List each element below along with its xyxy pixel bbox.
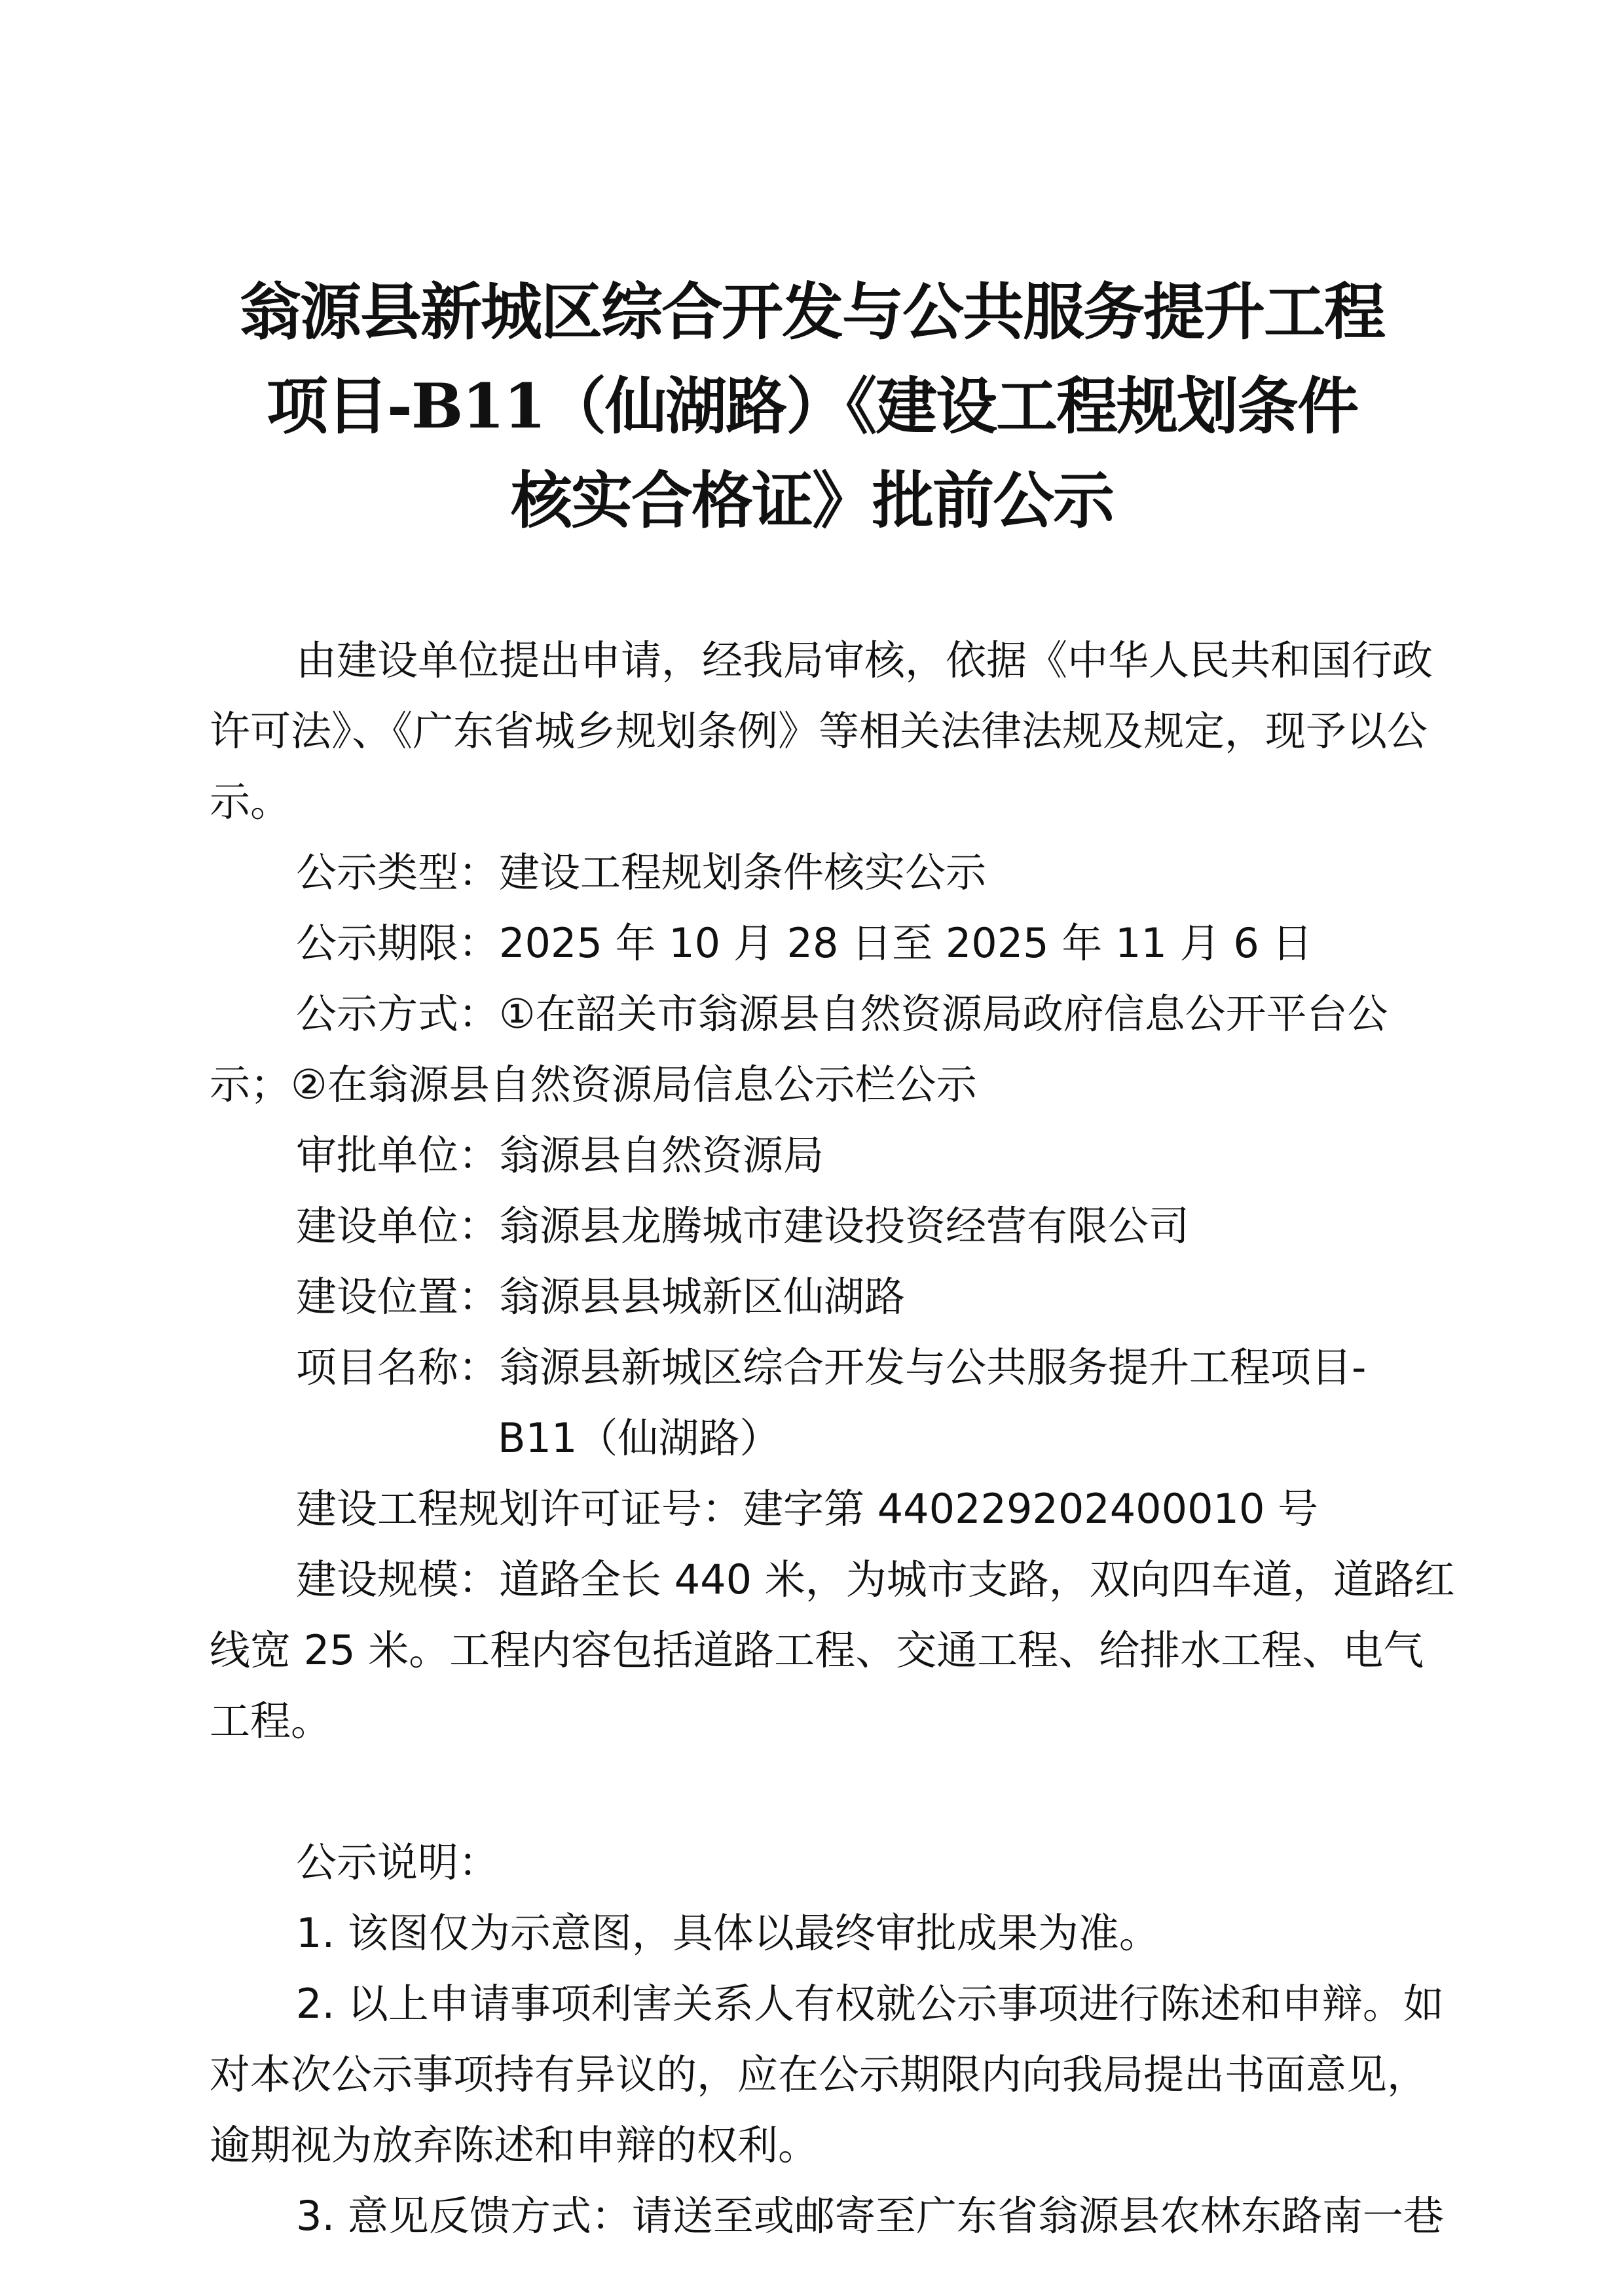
intro-line-3: 示。 (210, 767, 1434, 837)
notes-heading: 公示说明： (210, 1827, 1434, 1898)
field-label: 建设位置： (296, 1273, 499, 1321)
field-value: 建设工程规划条件核实公示 (499, 848, 986, 896)
title-line-1: 翁源县新城区综合开发与公共服务提升工程 (0, 265, 1624, 359)
field-label: 项目名称： (296, 1343, 499, 1391)
field-value: 2025 年 10 月 28 日至 2025 年 11 月 6 日 (499, 919, 1312, 967)
field-location: 建设位置：翁源县县城新区仙湖路 (210, 1262, 1434, 1332)
note-item-2-cont-1: 对本次公示事项持有异议的，应在公示期限内向我局提出书面意见， (210, 2039, 1434, 2110)
spacer (210, 1757, 1434, 1827)
field-label: 建设工程规划许可证号： (296, 1485, 743, 1533)
field-builder: 建设单位：翁源县龙腾城市建设投资经营有限公司 (210, 1191, 1434, 1262)
title-line-2: 项目-B11（仙湖路）《建设工程规划条件 (0, 359, 1624, 454)
field-label: 公示期限： (296, 919, 499, 967)
field-notice-period: 公示期限：2025 年 10 月 28 日至 2025 年 11 月 6 日 (210, 908, 1434, 979)
note-item-2: 2. 以上申请事项利害关系人有权就公示事项进行陈述和申辩。如 (210, 1969, 1434, 2039)
field-value: 翁源县龙腾城市建设投资经营有限公司 (499, 1202, 1189, 1250)
field-value: 建字第 440229202400010 号 (743, 1485, 1318, 1533)
field-label: 建设单位： (296, 1202, 499, 1250)
field-value: 道路全长 440 米，为城市支路，双向四车道，道路红 (499, 1556, 1455, 1603)
field-approver: 审批单位：翁源县自然资源局 (210, 1120, 1434, 1191)
title-line-3: 核实合格证》批前公示 (0, 454, 1624, 548)
field-notice-type: 公示类型：建设工程规划条件核实公示 (210, 837, 1434, 908)
field-value: 翁源县新城区综合开发与公共服务提升工程项目- (499, 1343, 1366, 1391)
field-scale-cont-2: 工程。 (210, 1686, 1434, 1757)
field-label: 公示方式： (296, 990, 499, 1038)
field-permit-number: 建设工程规划许可证号：建字第 440229202400010 号 (210, 1474, 1434, 1544)
field-label: 建设规模： (296, 1556, 499, 1603)
field-scale-cont-1: 线宽 25 米。工程内容包括道路工程、交通工程、给排水工程、电气 (210, 1615, 1434, 1686)
note-item-2-cont-2: 逾期视为放弃陈述和申辩的权利。 (210, 2110, 1434, 2181)
field-scale: 建设规模：道路全长 440 米，为城市支路，双向四车道，道路红 (210, 1544, 1434, 1615)
document-body: 由建设单位提出申请，经我局审核，依据《中华人民共和国行政 许可法》、《广东省城乡… (210, 625, 1434, 2251)
field-notice-method: 公示方式：①在韶关市翁源县自然资源局政府信息公开平台公 (210, 979, 1434, 1049)
note-item-3: 3. 意见反馈方式：请送至或邮寄至广东省翁源县农林东路南一巷 (210, 2181, 1434, 2251)
document-page: 翁源县新城区综合开发与公共服务提升工程 项目-B11（仙湖路）《建设工程规划条件… (0, 0, 1624, 2296)
intro-line-1: 由建设单位提出申请，经我局审核，依据《中华人民共和国行政 (210, 625, 1434, 696)
field-label: 公示类型： (296, 848, 499, 896)
document-title: 翁源县新城区综合开发与公共服务提升工程 项目-B11（仙湖路）《建设工程规划条件… (0, 265, 1624, 548)
note-item-1: 1. 该图仅为示意图，具体以最终审批成果为准。 (210, 1898, 1434, 1969)
field-value: ①在韶关市翁源县自然资源局政府信息公开平台公 (499, 990, 1388, 1038)
field-value: 翁源县县城新区仙湖路 (499, 1273, 905, 1321)
field-label: 审批单位： (296, 1131, 499, 1179)
field-project-name: 项目名称：翁源县新城区综合开发与公共服务提升工程项目- (210, 1332, 1434, 1403)
field-notice-method-cont: 示；②在翁源县自然资源局信息公示栏公示 (210, 1049, 1434, 1120)
field-value: 翁源县自然资源局 (499, 1131, 824, 1179)
field-project-name-cont: B11（仙湖路） (210, 1403, 1434, 1474)
intro-line-2: 许可法》、《广东省城乡规划条例》等相关法律法规及规定，现予以公 (210, 696, 1434, 767)
